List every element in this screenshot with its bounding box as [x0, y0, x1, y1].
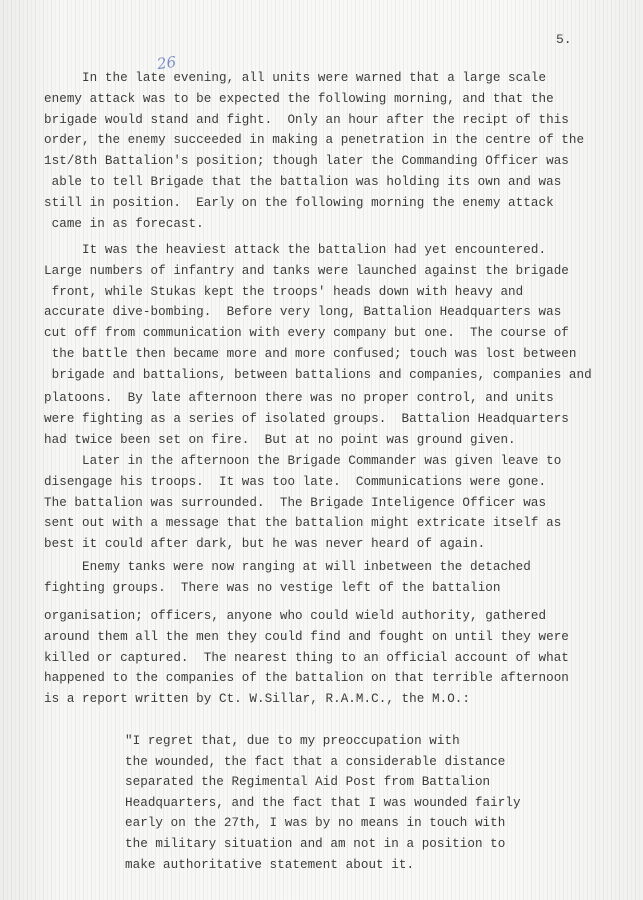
- text-line: Large numbers of infantry and tanks were…: [44, 261, 604, 282]
- quote-line: Headquarters, and the fact that I was wo…: [125, 793, 565, 814]
- text-line: accurate dive-bombing. Before very long,…: [44, 302, 604, 323]
- text-line: happened to the companies of the battali…: [44, 668, 604, 689]
- text-line: still in position. Early on the followin…: [44, 193, 604, 214]
- quote-line: the military situation and am not in a p…: [125, 834, 565, 855]
- text-line: came in as forecast.: [44, 214, 604, 235]
- text-line: Enemy tanks were now ranging at will inb…: [44, 557, 604, 578]
- text-line: 1st/8th Battalion's position; though lat…: [44, 151, 604, 172]
- text-line: It was the heaviest attack the battalion…: [44, 240, 604, 261]
- text-line: around them all the men they could find …: [44, 627, 604, 648]
- text-line: is a report written by Ct. W.Sillar, R.A…: [44, 689, 604, 710]
- paragraph-2: It was the heaviest attack the battalion…: [44, 240, 604, 386]
- text-line: were fighting as a series of isolated gr…: [44, 409, 604, 430]
- paragraph-4-continued: organisation; officers, anyone who could…: [44, 606, 604, 710]
- paragraph-1: In the late evening, all units were warn…: [44, 68, 604, 234]
- text-line: Later in the afternoon the Brigade Comma…: [44, 451, 604, 472]
- paragraph-3: Later in the afternoon the Brigade Comma…: [44, 451, 604, 555]
- text-line: platoons. By late afternoon there was no…: [44, 388, 604, 409]
- text-line: brigade would stand and fight. Only an h…: [44, 110, 604, 131]
- quote-line: make authoritative statement about it.: [125, 855, 565, 876]
- text-line: front, while Stukas kept the troops' hea…: [44, 282, 604, 303]
- paragraph-2-continued: platoons. By late afternoon there was no…: [44, 388, 604, 450]
- text-line: order, the enemy succeeded in making a p…: [44, 130, 604, 151]
- page-number: 5.: [556, 32, 572, 47]
- text-line: organisation; officers, anyone who could…: [44, 606, 604, 627]
- quote-line: separated the Regimental Aid Post from B…: [125, 772, 565, 793]
- text-line: best it could after dark, but he was nev…: [44, 534, 604, 555]
- quote-line: the wounded, the fact that a considerabl…: [125, 752, 565, 773]
- text-line: enemy attack was to be expected the foll…: [44, 89, 604, 110]
- text-line: the battle then became more and more con…: [44, 344, 604, 365]
- text-line: cut off from communication with every co…: [44, 323, 604, 344]
- quote-line: early on the 27th, I was by no means in …: [125, 813, 565, 834]
- quoted-report: "I regret that, due to my preoccupation …: [125, 731, 565, 875]
- text-line: sent out with a message that the battali…: [44, 513, 604, 534]
- text-line: fighting groups. There was no vestige le…: [44, 578, 604, 599]
- text-line: In the late evening, all units were warn…: [44, 68, 604, 89]
- text-line: The battalion was surrounded. The Brigad…: [44, 493, 604, 514]
- text-line: had twice been set on fire. But at no po…: [44, 430, 604, 451]
- quote-line: "I regret that, due to my preoccupation …: [125, 731, 565, 752]
- text-line: disengage his troops. It was too late. C…: [44, 472, 604, 493]
- text-line: able to tell Brigade that the battalion …: [44, 172, 604, 193]
- typewritten-page: 5. 26 In the late evening, all units wer…: [0, 0, 643, 900]
- text-line: killed or captured. The nearest thing to…: [44, 648, 604, 669]
- text-line: brigade and battalions, between battalio…: [44, 365, 604, 386]
- paragraph-4: Enemy tanks were now ranging at will inb…: [44, 557, 604, 599]
